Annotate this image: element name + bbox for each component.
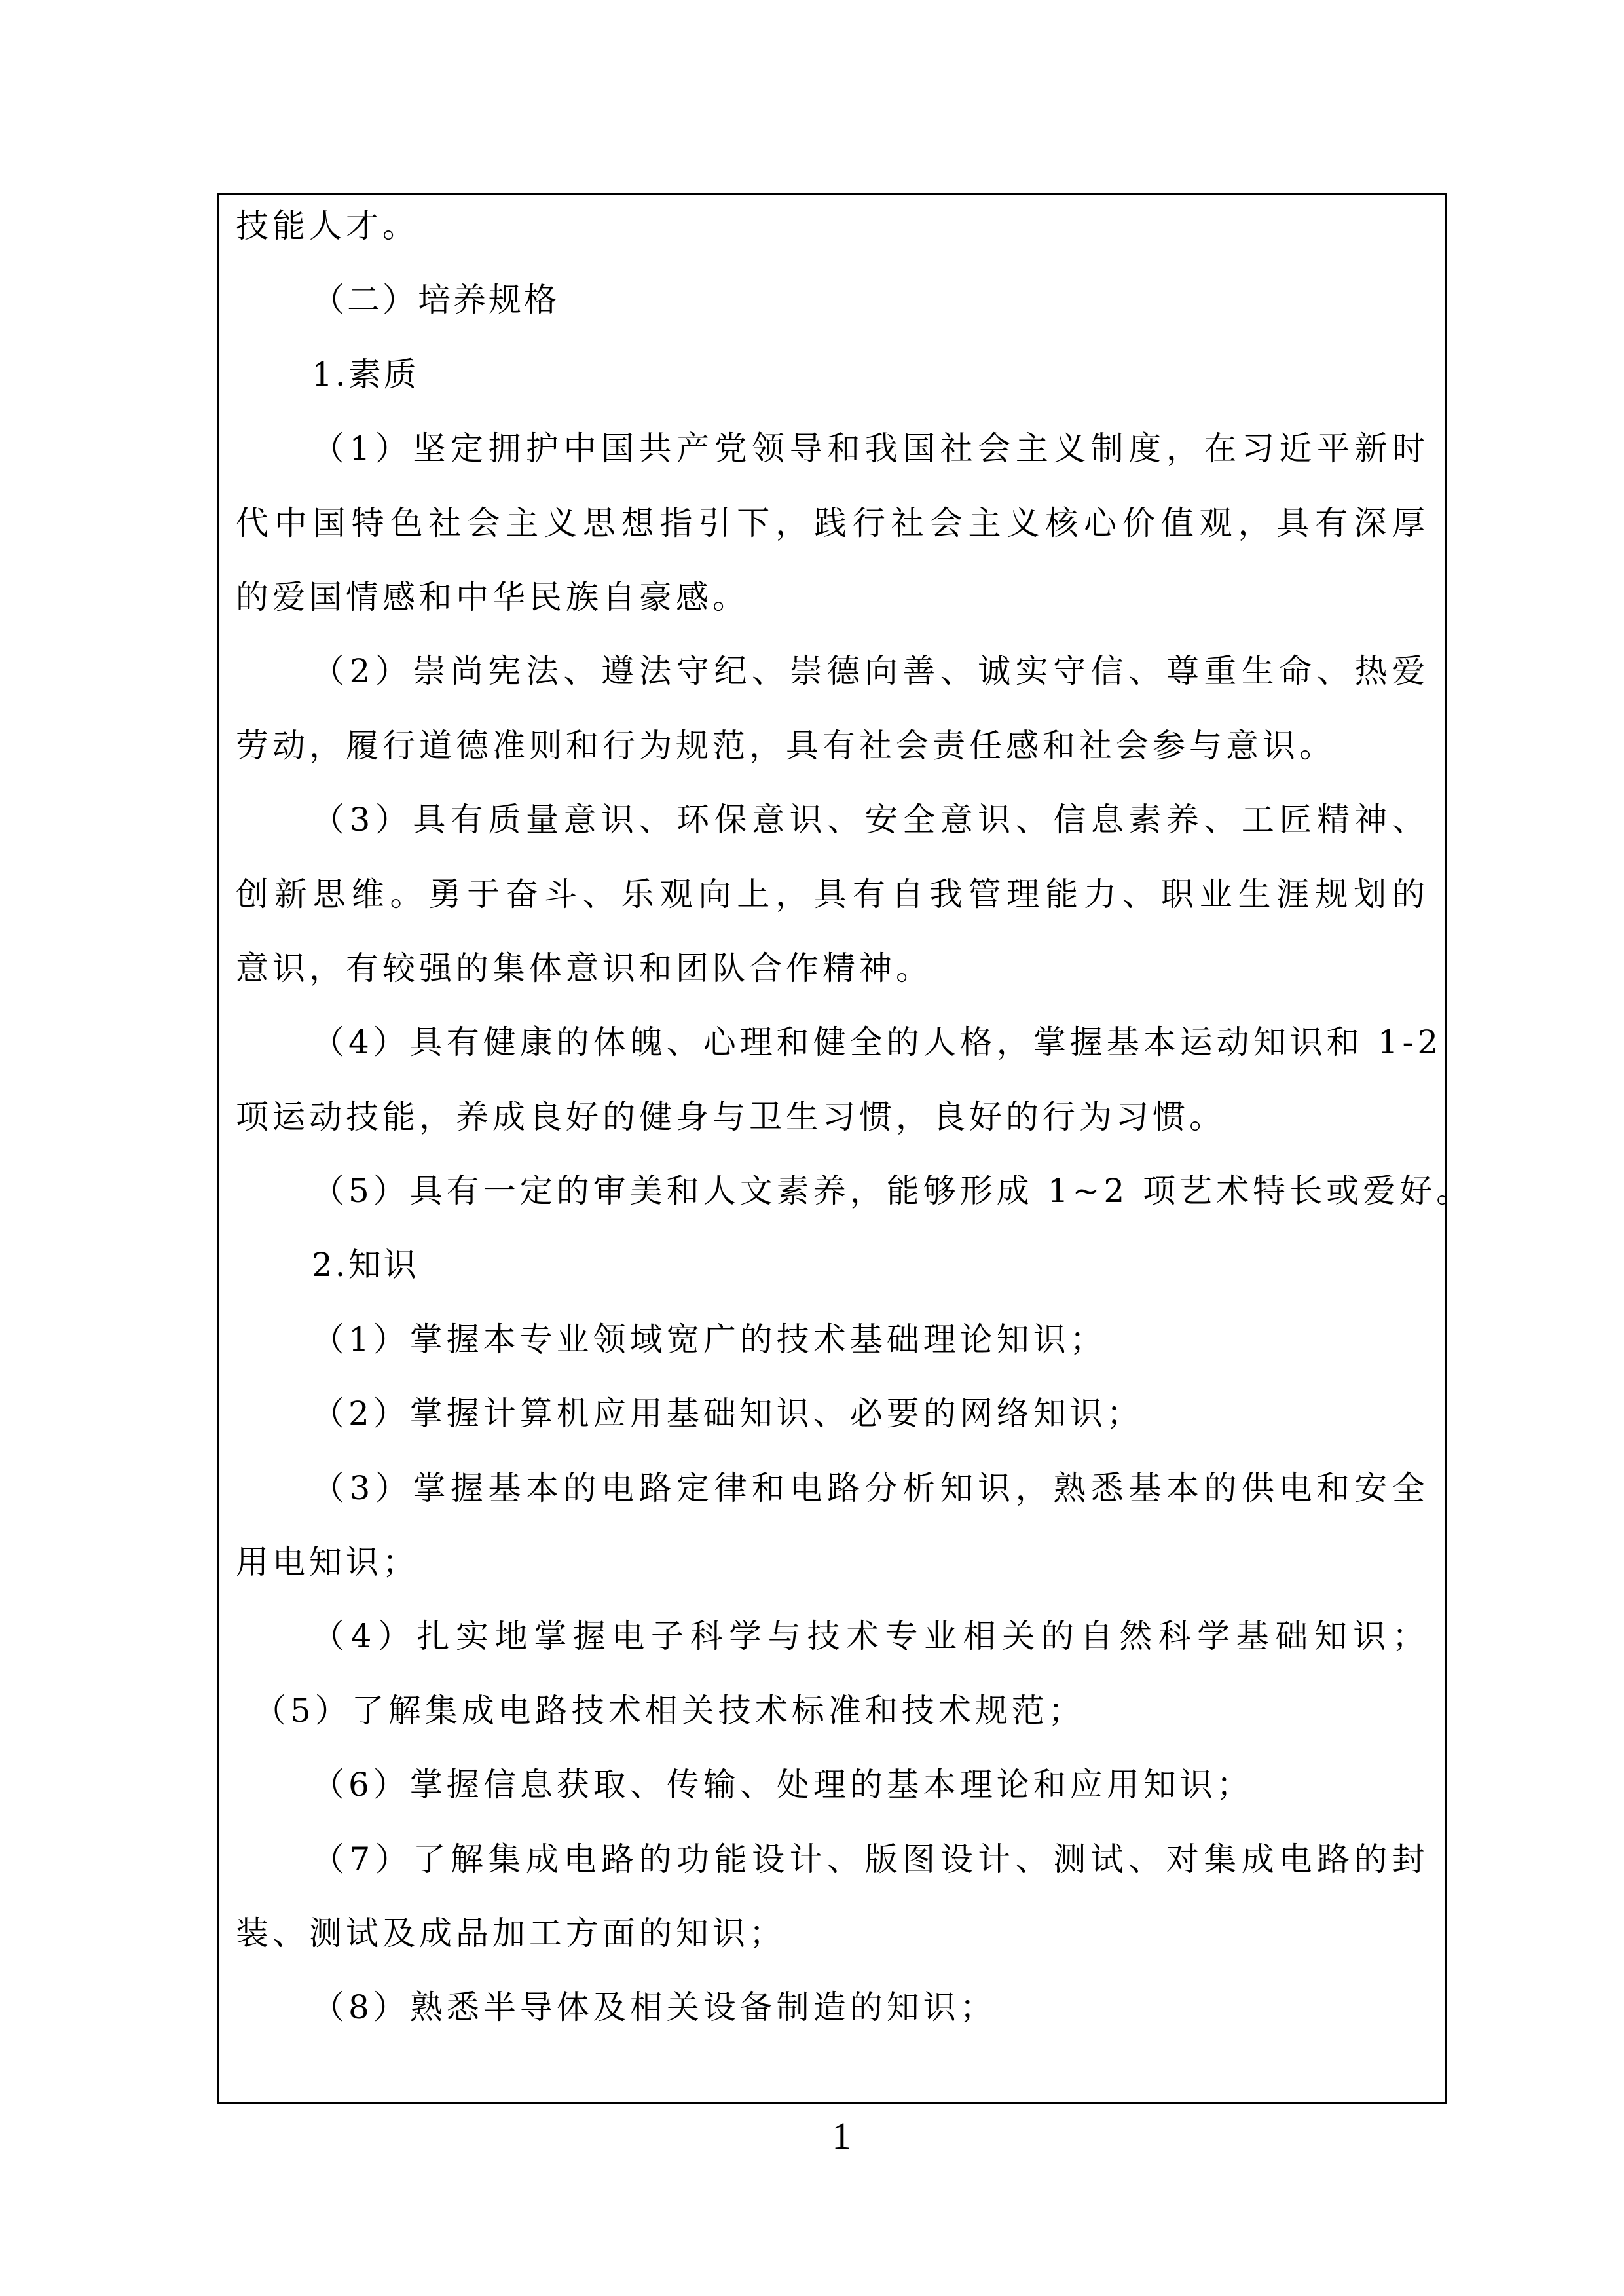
text-line: （2）崇尚宪法、遵法守纪、崇德向善、诚实守信、尊重生命、热爱 — [236, 634, 1429, 708]
text-line: （1）掌握本专业领域宽广的技术基础理论知识； — [236, 1303, 1429, 1377]
text-line: （4）扎实地掌握电子科学与技术专业相关的自然科学基础知识； — [236, 1599, 1429, 1673]
page-number: 1 — [812, 2113, 871, 2159]
text-line: （4）具有健康的体魄、心理和健全的人格，掌握基本运动知识和 1-2 — [236, 1006, 1429, 1080]
text-line: 意识，有较强的集体意识和团队合作精神。 — [236, 932, 1429, 1006]
text-line: 用电知识； — [236, 1525, 1429, 1599]
text-line: （1）坚定拥护中国共产党领导和我国社会主义制度，在习近平新时 — [236, 412, 1429, 486]
text-line: 劳动，履行道德准则和行为规范，具有社会责任感和社会参与意识。 — [236, 709, 1429, 783]
text-line: （6）掌握信息获取、传输、处理的基本理论和应用知识； — [236, 1748, 1429, 1822]
section-heading: （二）培养规格 — [236, 263, 1429, 337]
text-line: （5）具有一定的审美和人文素养，能够形成 1~2 项艺术特长或爱好。 — [236, 1154, 1429, 1228]
subsection-heading: 1.素质 — [236, 338, 1429, 412]
text-line: （8）熟悉半导体及相关设备制造的知识； — [236, 1971, 1429, 2045]
text-line: 项运动技能，养成良好的健身与卫生习惯，良好的行为习惯。 — [236, 1080, 1429, 1154]
text-line: （2）掌握计算机应用基础知识、必要的网络知识； — [236, 1377, 1429, 1451]
document-body: 技能人才。 （二）培养规格 1.素质 （1）坚定拥护中国共产党领导和我国社会主义… — [236, 189, 1429, 2045]
subsection-heading: 2.知识 — [236, 1228, 1429, 1302]
text-line: （3）掌握基本的电路定律和电路分析知识，熟悉基本的供电和安全 — [236, 1451, 1429, 1525]
text-line: 装、测试及成品加工方面的知识； — [236, 1897, 1429, 1971]
text-line: 代中国特色社会主义思想指引下，践行社会主义核心价值观，具有深厚 — [236, 486, 1429, 560]
text-line: 的爱国情感和中华民族自豪感。 — [236, 560, 1429, 634]
text-line: 创新思维。勇于奋斗、乐观向上，具有自我管理能力、职业生涯规划的 — [236, 858, 1429, 932]
text-line: 技能人才。 — [236, 189, 1429, 263]
text-line: （3）具有质量意识、环保意识、安全意识、信息素养、工匠精神、 — [236, 783, 1429, 857]
text-line: （5）了解集成电路技术相关技术标准和技术规范； — [236, 1674, 1429, 1748]
text-line: （7）了解集成电路的功能设计、版图设计、测试、对集成电路的封 — [236, 1823, 1429, 1897]
